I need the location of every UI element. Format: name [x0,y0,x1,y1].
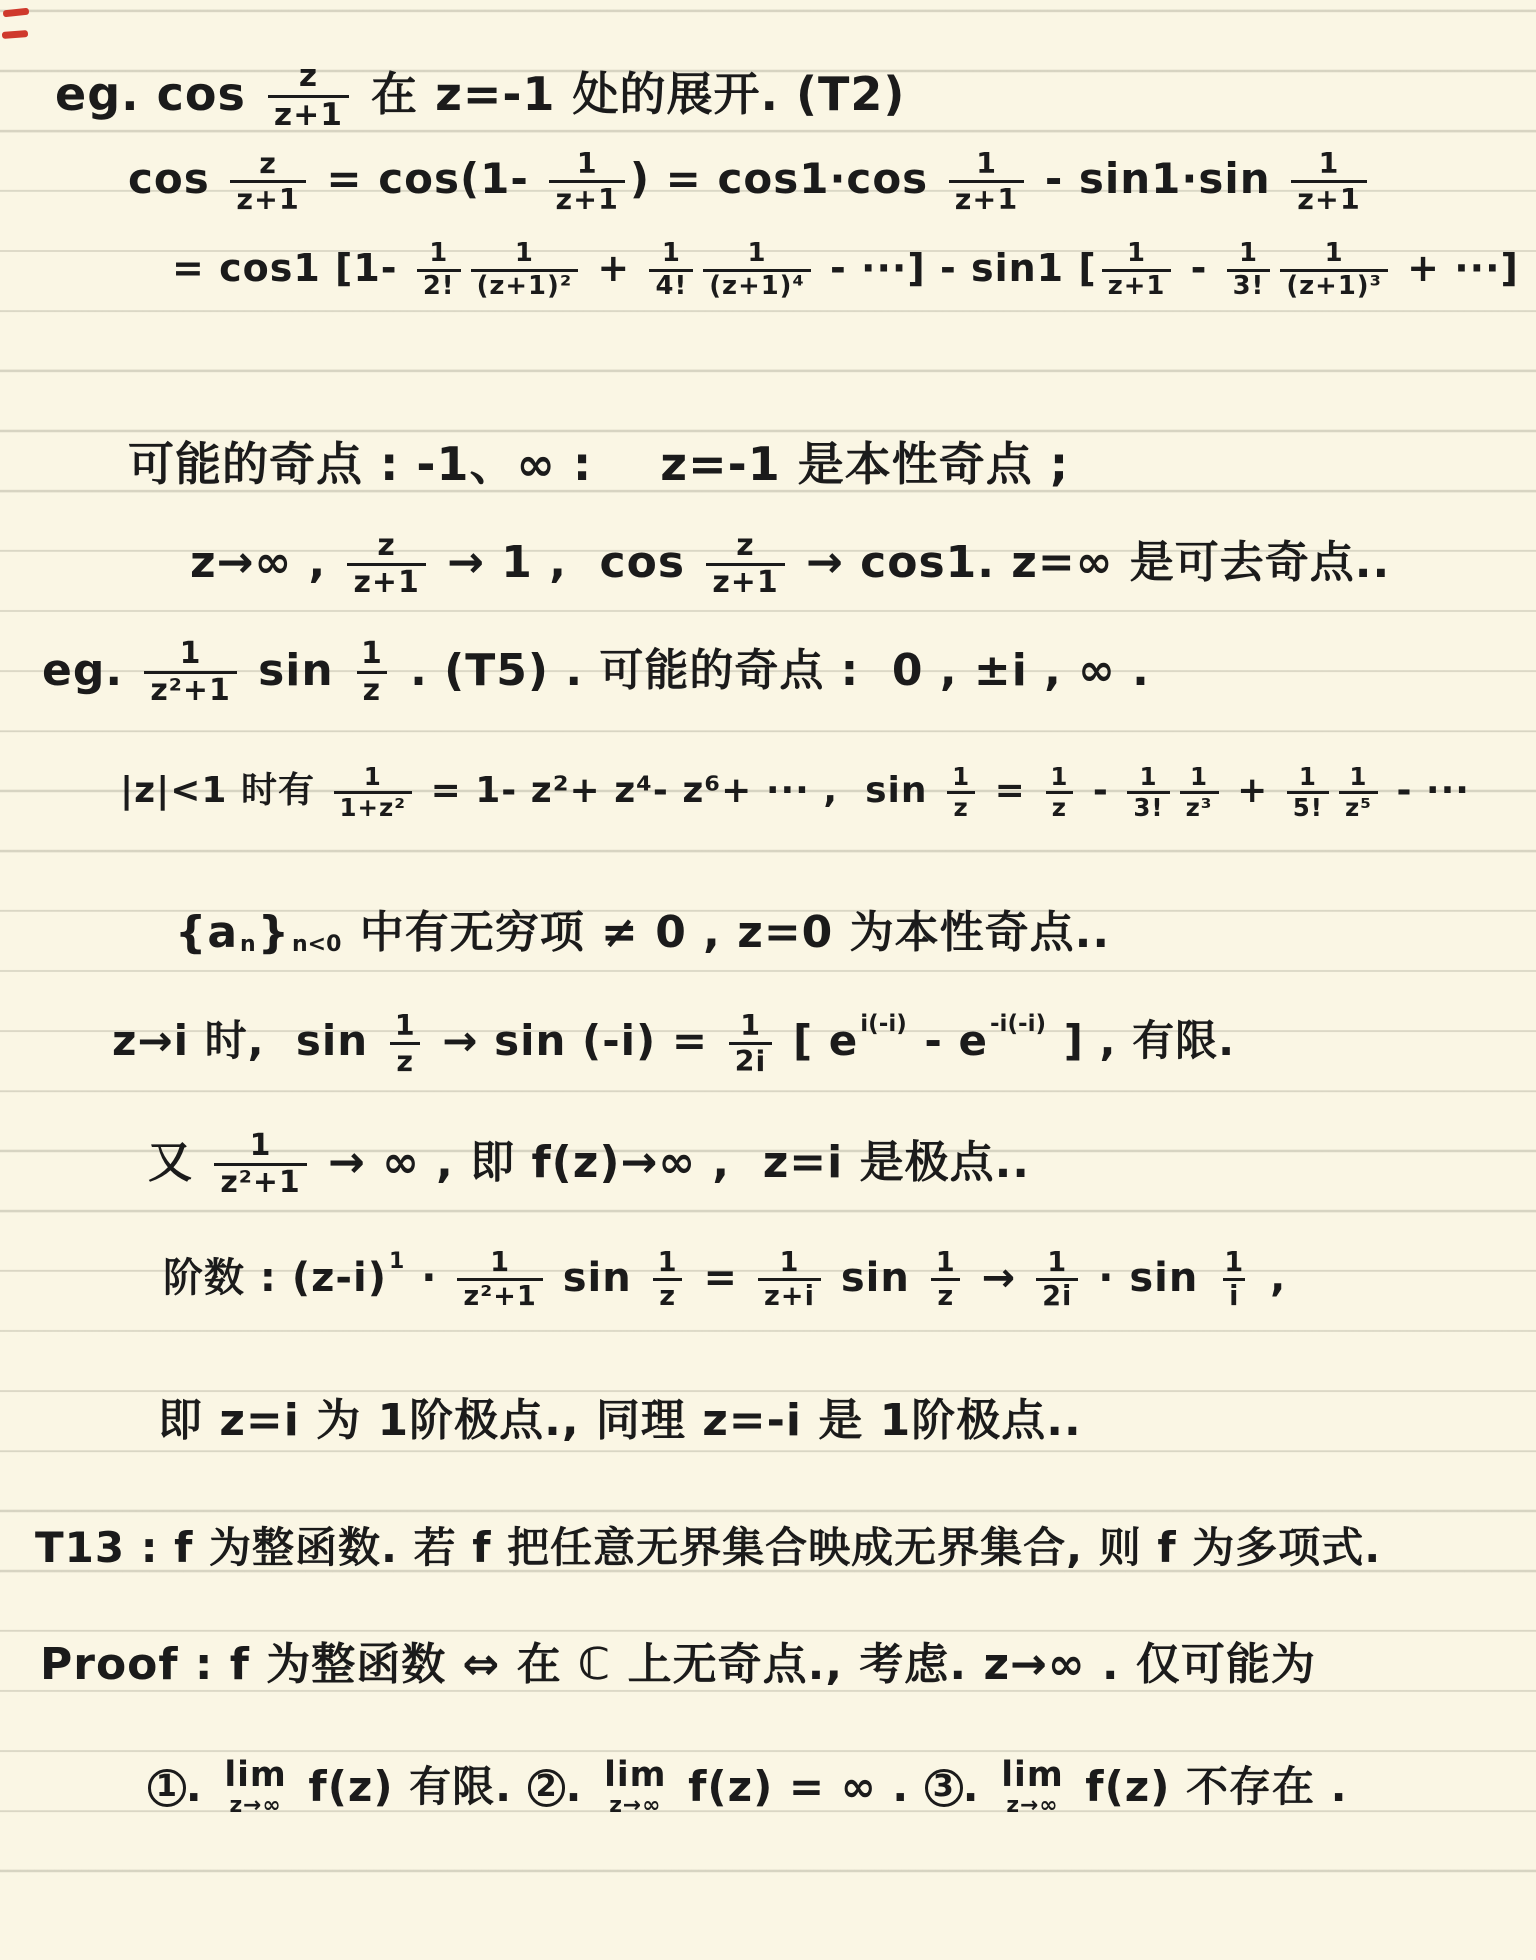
fraction: 1z²+1 [214,1130,306,1200]
note-line-14: Proof : f 为整函数 ⇔ 在 ℂ 上无奇点., 考虑. z→∞ . 仅可… [40,1640,1316,1691]
limit-notation: limz→∞ [604,1758,666,1817]
note-line-8: {an}n<0 中有无穷项 ≠ 0 , z=0 为本性奇点.. [175,908,1110,959]
note-line-11: 阶数 : (z-i)1 · 1z²+1 sin 1z = 1z+i sin 1z… [163,1246,1286,1310]
fraction: 13! [1227,240,1271,301]
fraction: 1z [946,764,976,822]
note-text: . [963,1763,996,1811]
note-text: 即 z=i 为 1阶极点., 同理 z=-i 是 1阶极点.. [158,1396,1082,1447]
note-text: cos [128,155,225,203]
red-margin-mark [3,8,30,18]
note-line-15: 1. limz→∞ f(z) 有限. 2. limz→∞ f(z) = ∞ . … [148,1758,1348,1817]
note-text: [ e [777,1017,858,1065]
fraction: 1z+1 [549,148,624,215]
note-text: · sin [1083,1255,1213,1301]
fraction: zz+1 [230,148,305,215]
superscript: 1 [389,1249,404,1274]
note-text: · [406,1255,452,1301]
note-line-2: cos zz+1 = cos(1- 1z+1) = cos1·cos 1z+1 … [128,146,1372,213]
fraction: 1z [652,1248,684,1312]
limit-notation: limz→∞ [224,1758,286,1817]
fraction: 1z²+1 [144,638,236,708]
note-line-6: eg. 1z²+1 sin 1z . (T5) . 可能的奇点 : 0 , ±i… [42,636,1150,706]
note-text: - sin1·sin [1029,155,1286,203]
note-line-13: T13 : f 为整函数. 若 f 把任意无界集合映成无界集合, 则 f 为多项… [35,1524,1381,1572]
note-line-1: eg. cos zz+1 在 z=-1 处的展开. (T2) [55,58,905,131]
note-line-12: 即 z=i 为 1阶极点., 同理 z=-i 是 1阶极点.. [158,1396,1082,1447]
fraction: 1z+1 [1291,148,1366,215]
note-text: - ···] - sin1 [ [816,247,1097,291]
fraction: 1(z+1)⁴ [703,240,811,301]
note-text: + [1224,770,1282,811]
fraction: 12i [1036,1248,1078,1312]
circled-number: 1 [148,1769,186,1807]
note-text: - [1079,770,1122,811]
note-text: 中有无穷项 ≠ 0 , z=0 为本性奇点.. [343,908,1110,959]
fraction: 1i [1218,1248,1250,1312]
note-text: → ∞ , 即 f(z)→∞ , z=i 是极点.. [312,1138,1030,1189]
note-text: z→∞ , [190,538,342,589]
circled-number: 3 [925,1769,963,1807]
fraction: 13! [1127,764,1169,822]
fraction: 15! [1287,764,1329,822]
note-text: . (T5) . 可能的奇点 : 0 , ±i , ∞ . [394,646,1150,697]
fraction: 12! [417,240,461,301]
note-text: . [565,1763,598,1811]
fraction: 1z³ [1180,764,1219,822]
note-text: eg. cos [55,68,263,121]
note-text: 又 [148,1138,209,1189]
fraction: 11+z² [334,764,413,822]
note-text: - e [909,1017,988,1065]
note-line-4: 可能的奇点 : -1、∞ : z=-1 是本性奇点 ; [128,438,1069,491]
note-text: f(z) = ∞ . [673,1763,925,1811]
note-text: . [186,1763,219,1811]
notebook-page: eg. cos zz+1 在 z=-1 处的展开. (T2)cos zz+1 =… [0,0,1536,1960]
superscript: -i(-i) [990,1011,1046,1038]
fraction: zz+1 [706,530,784,600]
note-text: ) = cos1·cos [630,155,944,203]
fraction: 12i [729,1010,773,1077]
fraction: zz+1 [268,60,349,133]
note-text: ] , 有限. [1048,1017,1235,1065]
fraction: 1z+1 [1102,240,1172,301]
note-text: 在 z=-1 处的展开. (T2) [354,68,905,121]
limit-notation: limz→∞ [1001,1758,1063,1817]
note-text: → sin (-i) = [427,1017,724,1065]
fraction: 1z [1044,764,1074,822]
note-text: sin [242,646,350,697]
fraction: 1z [930,1248,962,1312]
note-text: sin [548,1255,647,1301]
fraction: 1z [389,1010,422,1077]
note-text: f(z) 有限. [293,1763,528,1811]
note-text: - ··· [1383,770,1470,811]
fraction: 1(z+1)³ [1280,240,1388,301]
note-text: 可能的奇点 : -1、∞ : z=-1 是本性奇点 ; [128,438,1069,491]
note-text: = 1- z²+ z⁴- z⁶+ ··· , sin [417,770,941,811]
fraction: 1z [355,638,389,708]
fraction: 1z⁵ [1339,764,1378,822]
fraction: zz+1 [347,530,425,600]
note-text: = [689,1255,753,1301]
note-text: + ···] [1393,247,1519,291]
note-text: → [967,1255,1031,1301]
fraction: 1z²+1 [457,1248,542,1312]
note-line-3: = cos1 [1- 12!1(z+1)² + 14!1(z+1)⁴ - ···… [172,238,1519,299]
fraction: 1z+i [758,1248,821,1312]
note-text: - [1176,247,1221,291]
note-text: = cos(1- [311,155,545,203]
note-text: |z|<1 时有 [120,770,329,811]
red-margin-mark [2,30,28,39]
subscript: n<0 [292,932,341,957]
note-text: eg. [42,646,139,697]
note-text: f(z) 不存在 . [1070,1763,1348,1811]
note-text: + [583,247,644,291]
superscript: i(-i) [860,1011,907,1038]
note-text: , [1255,1255,1286,1301]
note-line-10: 又 1z²+1 → ∞ , 即 f(z)→∞ , z=i 是极点.. [148,1128,1030,1198]
note-text: Proof : f 为整函数 ⇔ 在 ℂ 上无奇点., 考虑. z→∞ . 仅可… [40,1640,1316,1691]
note-line-7: |z|<1 时有 11+z² = 1- z²+ z⁴- z⁶+ ··· , si… [120,762,1470,820]
note-text: → 1 , cos [431,538,702,589]
fraction: 1(z+1)² [471,240,579,301]
note-text: T13 : f 为整函数. 若 f 把任意无界集合映成无界集合, 则 f 为多项… [35,1524,1381,1572]
note-text: } [258,908,290,959]
note-line-9: z→i 时, sin 1z → sin (-i) = 12i [ ei(-i) … [112,1008,1235,1075]
note-text: sin [826,1255,925,1301]
fraction: 14! [649,240,693,301]
note-line-5: z→∞ , zz+1 → 1 , cos zz+1 → cos1. z=∞ 是可… [190,528,1390,598]
note-text: → cos1. z=∞ 是可去奇点.. [790,538,1391,589]
note-text: = cos1 [1- [172,247,412,291]
note-text: {a [175,908,238,959]
note-text: 阶数 : (z-i) [163,1255,387,1301]
note-text: z→i 时, sin [112,1017,384,1065]
subscript: n [240,932,256,957]
circled-number: 2 [528,1769,566,1807]
fraction: 1z+1 [949,148,1024,215]
note-text: = [981,770,1039,811]
